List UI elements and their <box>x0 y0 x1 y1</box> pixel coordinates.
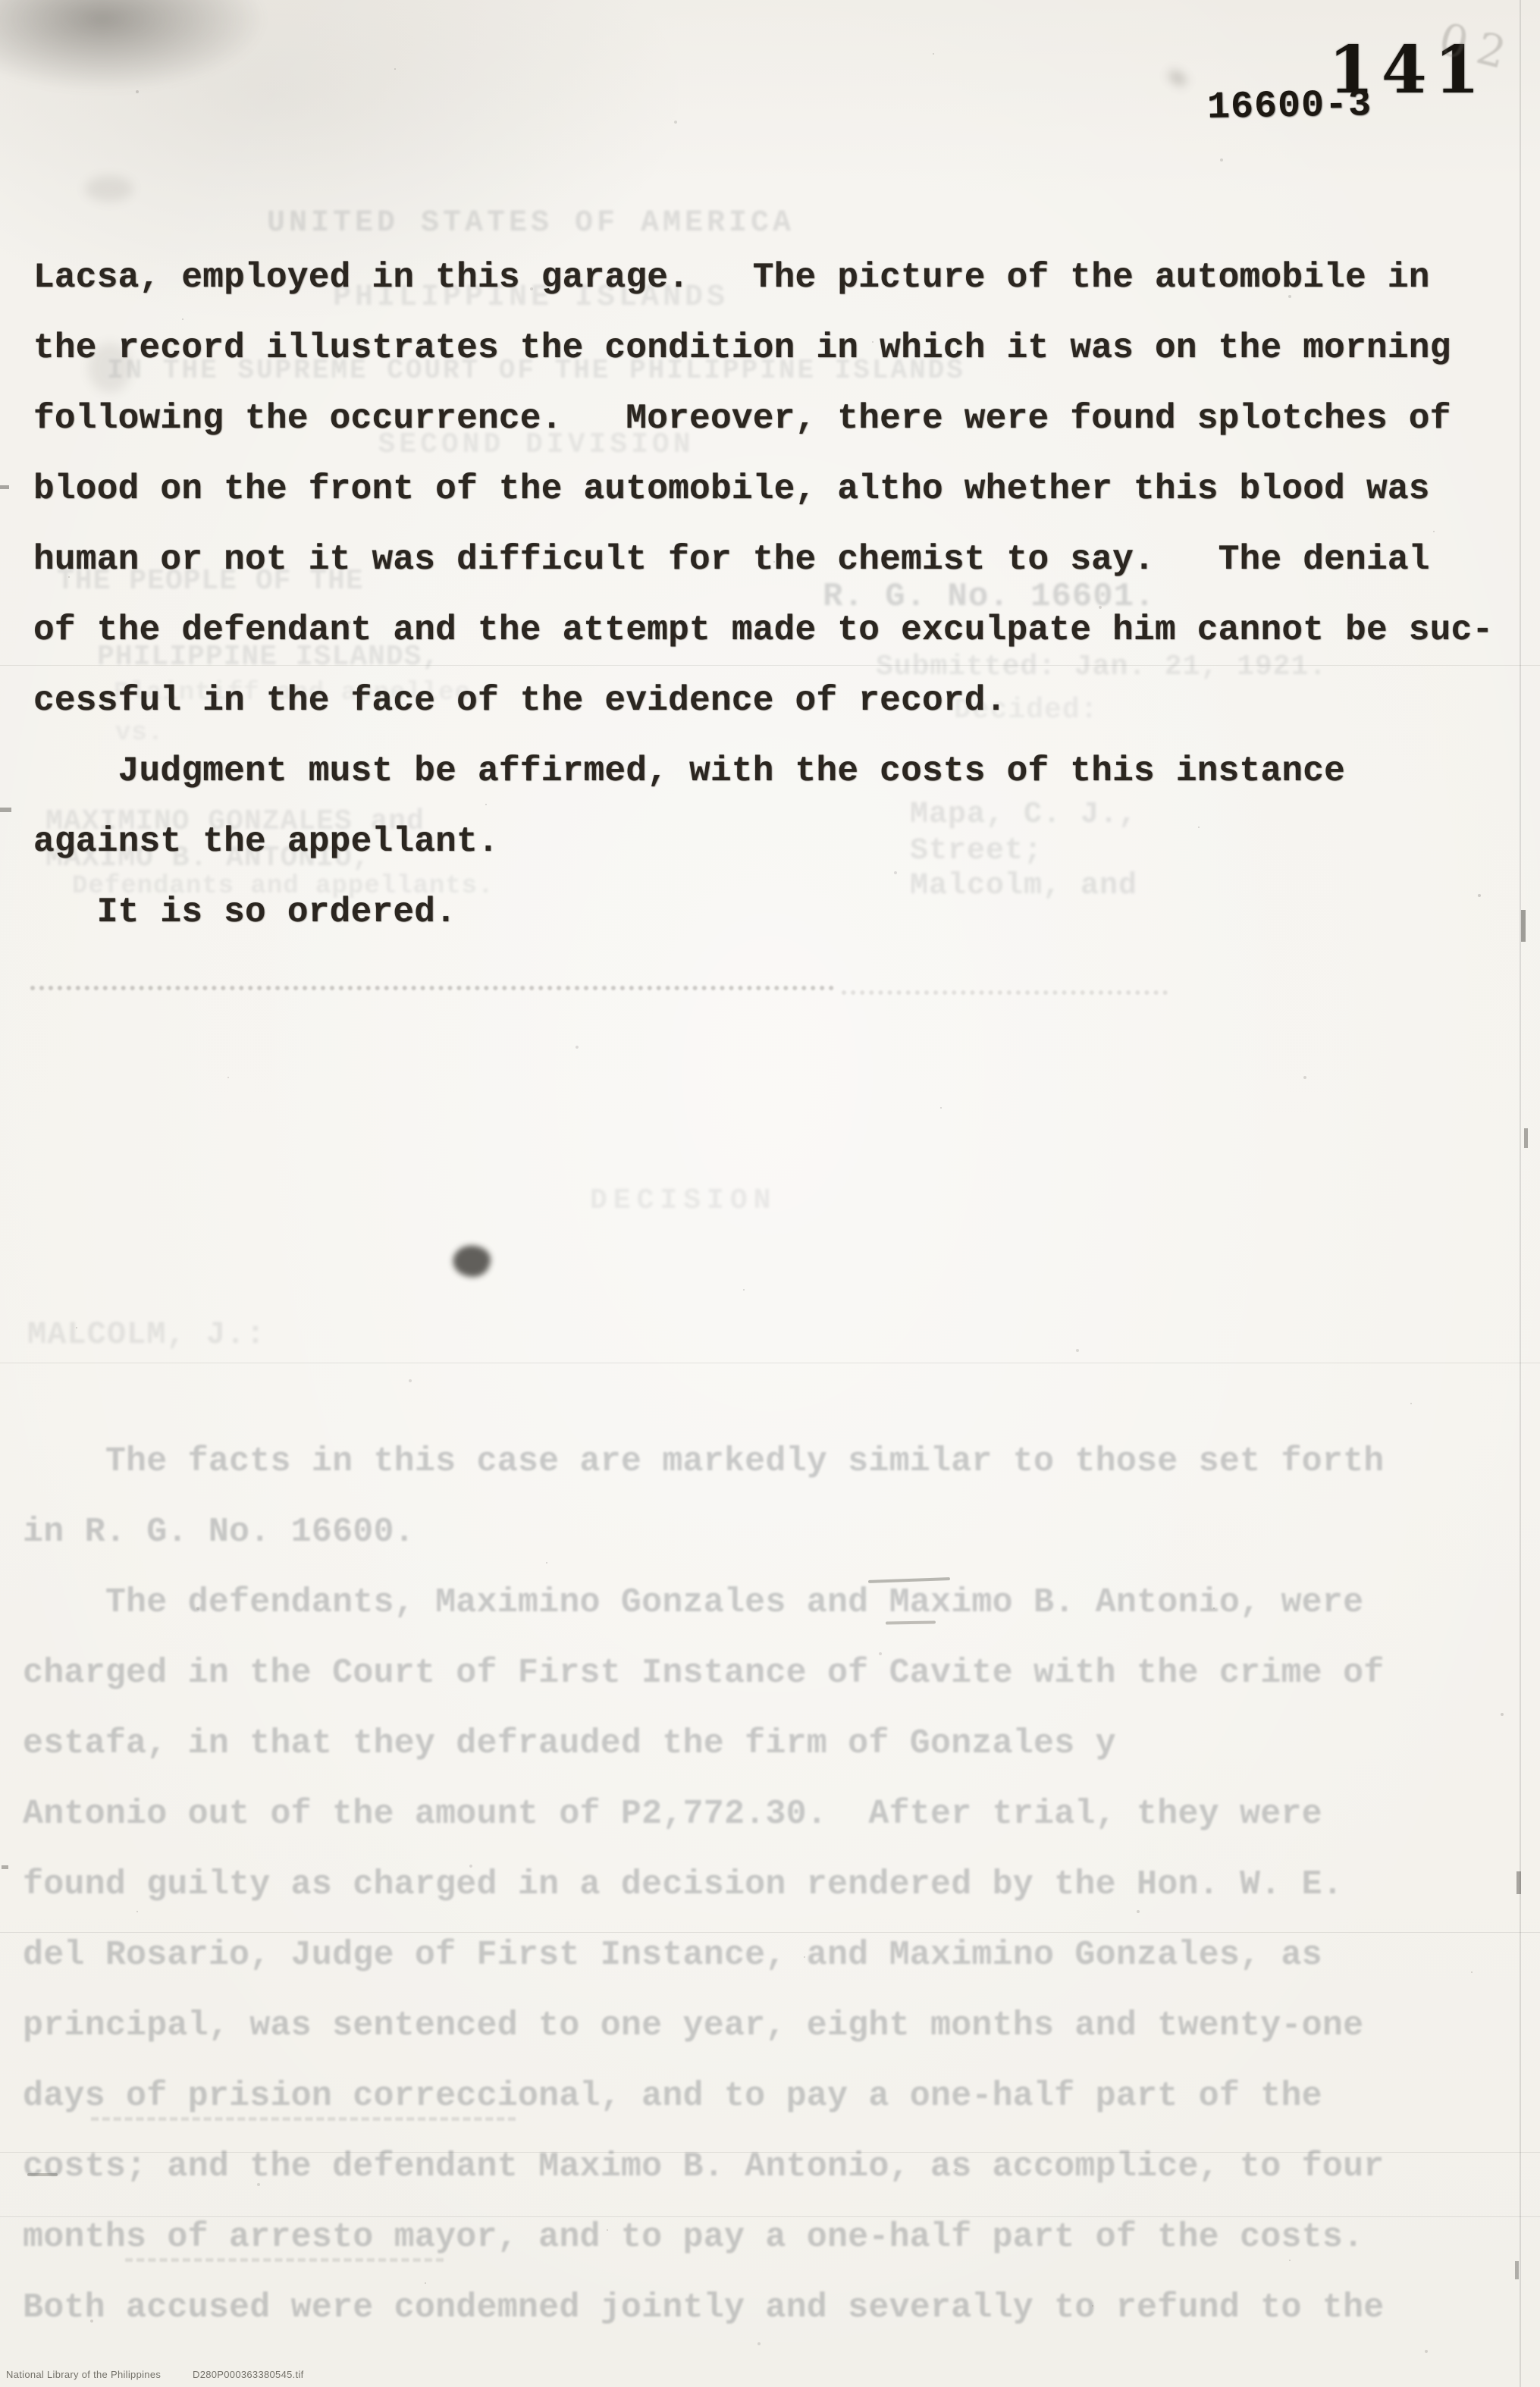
ghost-author-line: MALCOLM, J.: <box>27 1316 265 1353</box>
scan-corner-shadow <box>0 0 265 91</box>
library-name: National Library of the Philippines <box>6 2369 161 2380</box>
edge-tick <box>1515 2261 1519 2279</box>
edge-tick <box>1521 910 1526 942</box>
ghost-dotted-line <box>842 990 1168 995</box>
scan-edge-line <box>1520 0 1521 2387</box>
ghost-dotted-line <box>30 986 834 990</box>
edge-tick <box>0 808 11 812</box>
ink-smudge <box>85 176 133 202</box>
ink-blot <box>449 1240 494 1282</box>
library-scan-label: National Library of the Philippines D280… <box>6 2369 304 2380</box>
ghost-next-page-text: The facts in this case are markedly simi… <box>23 1426 1385 2343</box>
ghost-header-line: UNITED STATES OF AMERICA <box>267 206 795 240</box>
scan-code: D280P000363380545.tif <box>193 2369 304 2380</box>
ghost-decision-label: DECISION <box>590 1184 776 1217</box>
scanned-page: 141 16600-3 02 UNITED STATES OF AMERICA … <box>0 0 1540 2387</box>
ink-tick <box>1166 68 1188 88</box>
case-number: 16600-3 <box>1207 83 1372 130</box>
opinion-text: Lacsa, employed in this garage. The pict… <box>33 243 1493 948</box>
edge-tick <box>1516 1871 1521 1894</box>
edge-tick <box>0 485 9 489</box>
paper-speckles <box>0 0 2 2</box>
scan-line <box>0 1363 1540 1363</box>
edge-tick <box>1524 1128 1528 1148</box>
edge-tick <box>2 1865 8 1869</box>
